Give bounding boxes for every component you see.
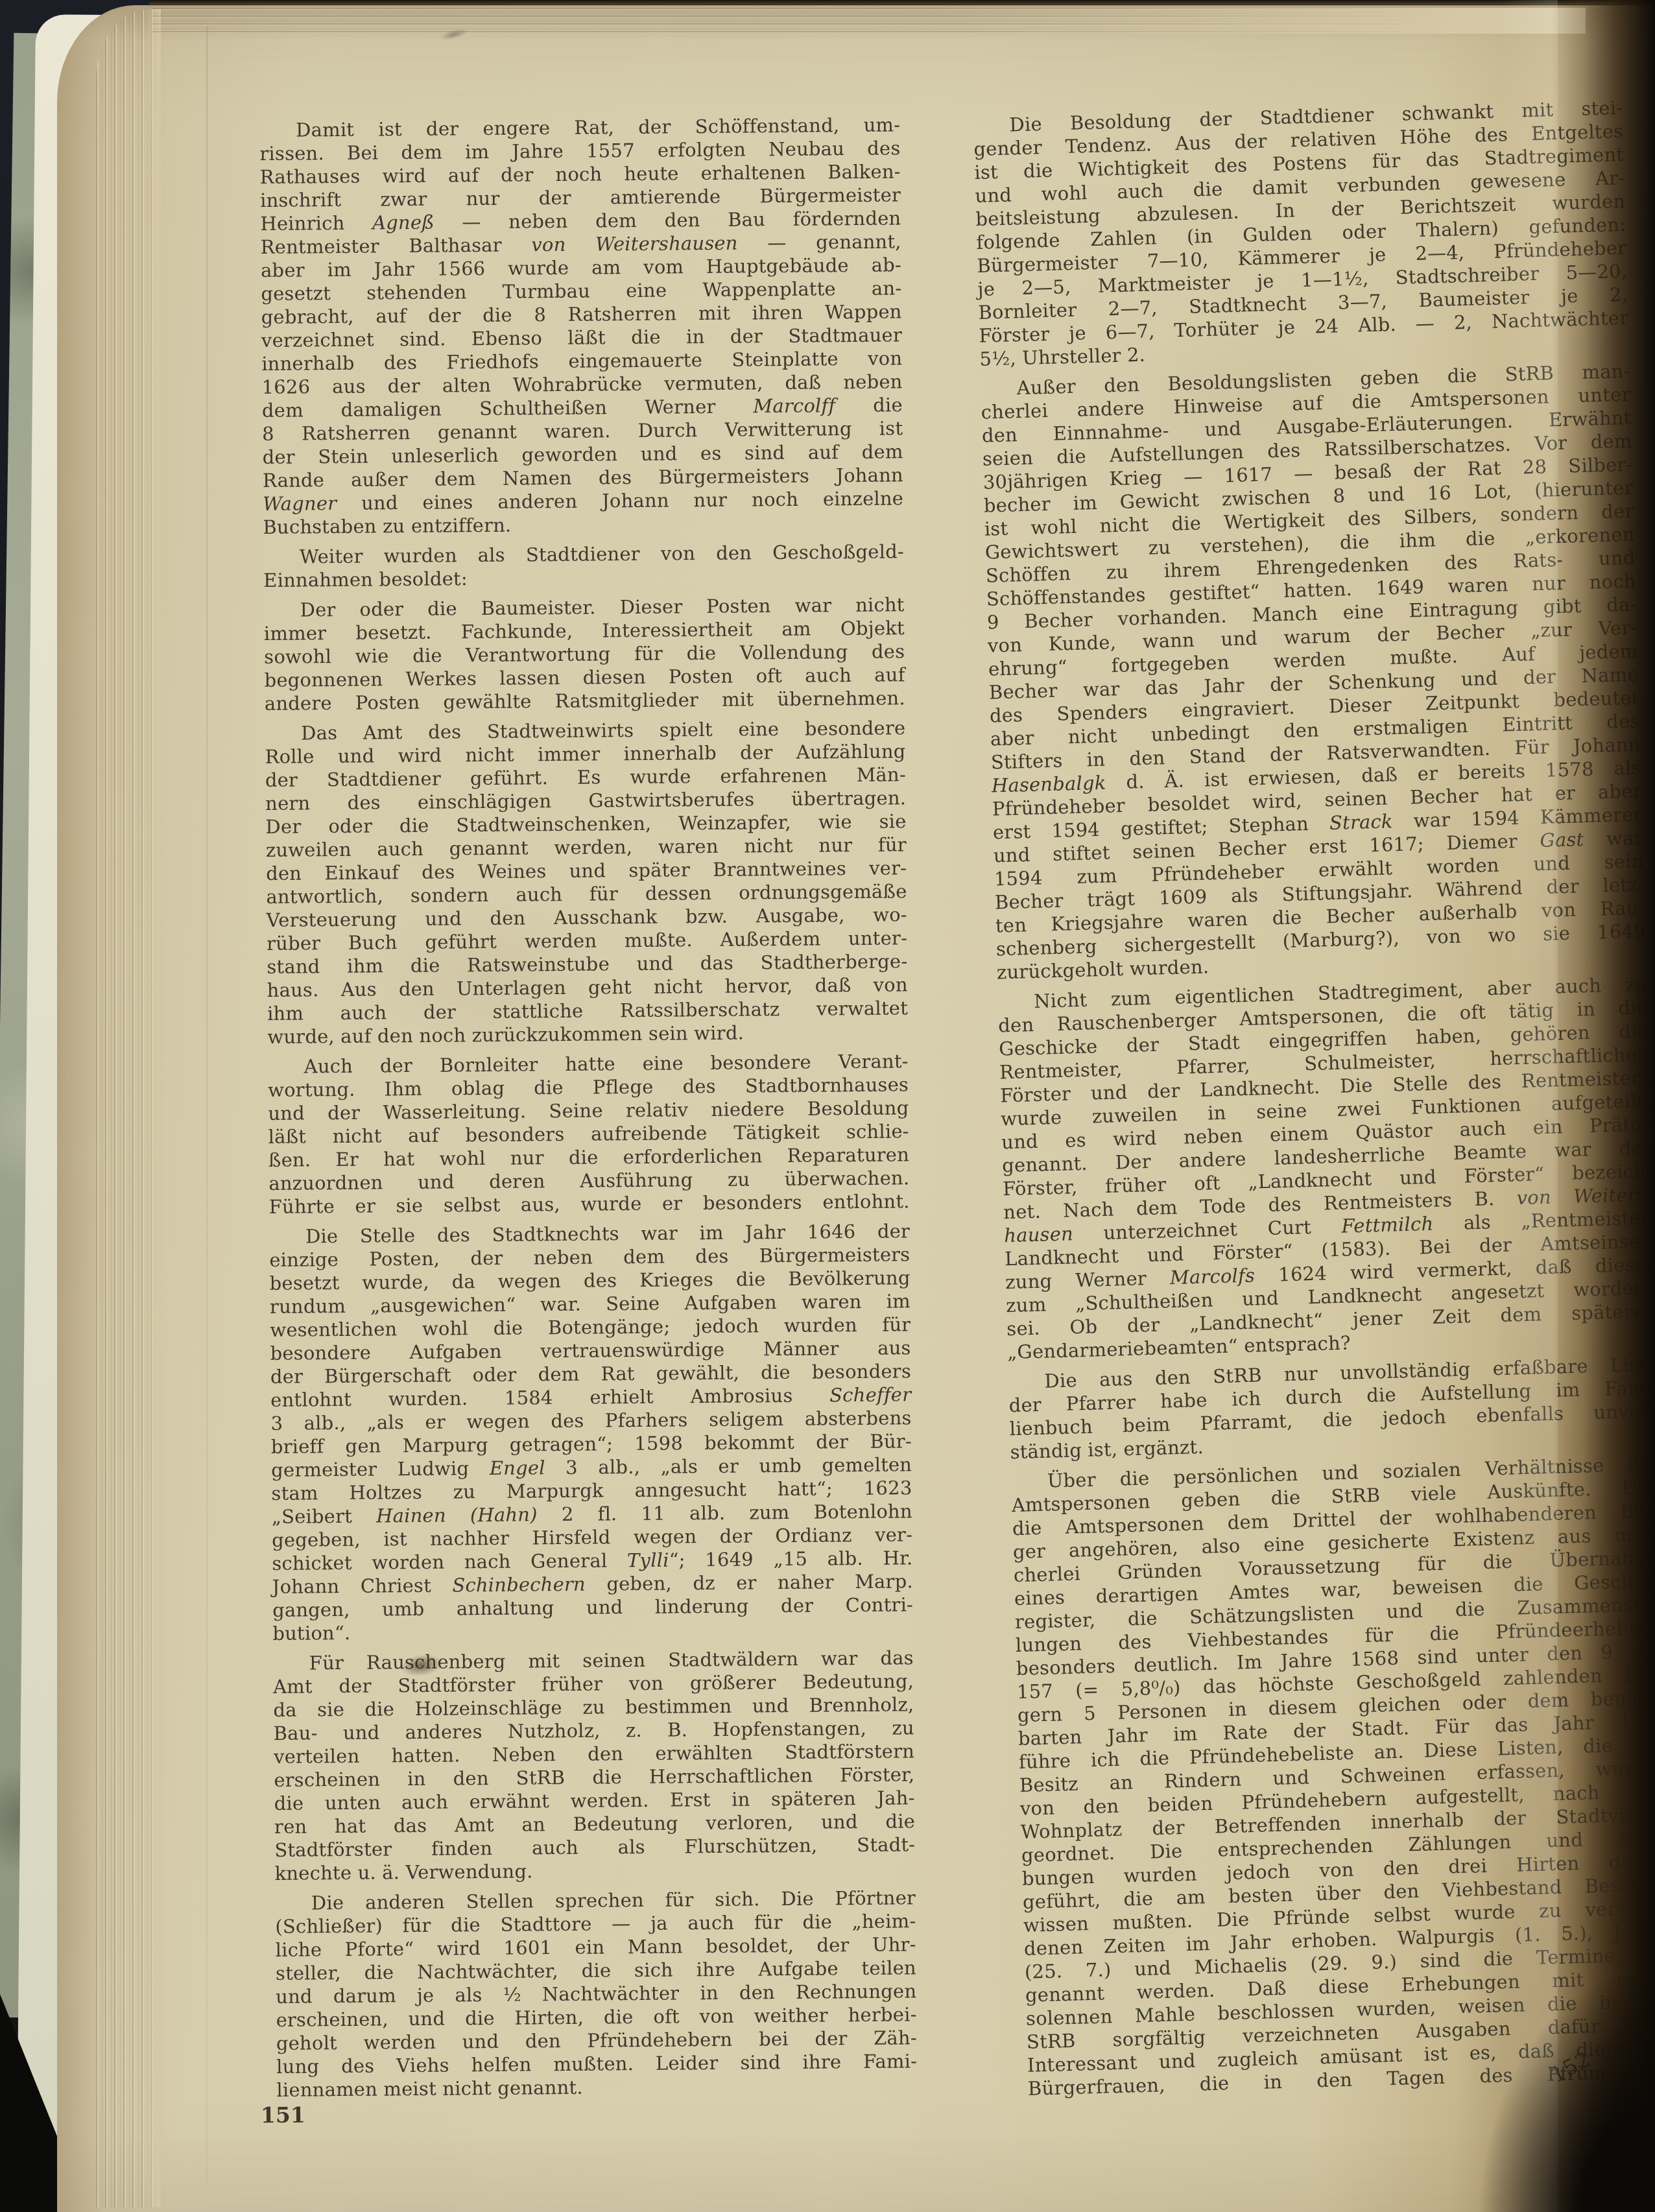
stacked-page-edges-left — [96, 9, 161, 2207]
bottom-right-shadow — [1460, 1940, 1655, 2212]
page-crease — [206, 26, 208, 2185]
text-line: Buchstaben zu entziffern. — [263, 510, 903, 539]
page-curve-highlight — [1499, 0, 1558, 2212]
text-line: Einnahmen besoldet: — [263, 563, 904, 592]
paragraph: Weiter wurden als Stadtdiener von den Ge… — [263, 540, 905, 592]
gutter-shadow — [1551, 0, 1655, 2212]
page-number-left: 151 — [261, 2102, 305, 2128]
paragraph: Auch der Bornleiter hatte eine besondere… — [268, 1049, 910, 1219]
paragraph: Die Stelle des Stadtknechts war im Jahr … — [269, 1219, 914, 1645]
page-top-edge — [149, 0, 1655, 6]
paragraph: Die anderen Stellen sprechen für sich. D… — [275, 1886, 918, 2102]
text-line: Führte er sie selbst aus, wurde er beson… — [268, 1189, 909, 1219]
paragraph: Für Rauschenberg mit seinen Stadtwäldern… — [273, 1646, 916, 1885]
text-line: wurde, auf den noch zurückzukommen sein … — [267, 1019, 908, 1049]
paragraph: Damit ist der engere Rat, der Schöffenst… — [259, 113, 904, 539]
left-text-column: Damit ist der engere Rat, der Schöffenst… — [259, 113, 918, 2102]
book-photo: Damit ist der engere Rat, der Schöffenst… — [0, 0, 1655, 2212]
text-line: andere Posten gewählte Ratsmitglieder mi… — [265, 686, 905, 715]
paragraph: Der oder die Baumeister. Dieser Posten w… — [263, 593, 905, 715]
text-line: knechte u. ä. Verwendung. — [274, 1856, 915, 1885]
paragraph: Das Amt des Stadtweinwirts spielt eine b… — [265, 716, 908, 1049]
stacked-page-edges-top — [152, 8, 1586, 34]
